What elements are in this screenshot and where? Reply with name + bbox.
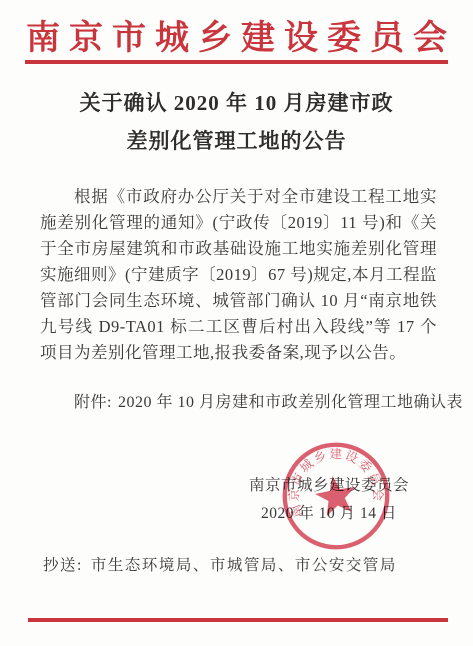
- cc-line: 抄送:市生态环境局、市城管局、市公安交管局: [43, 553, 397, 575]
- letterhead-divider: [25, 60, 448, 64]
- signer-organization: 南京市城乡建设委员会: [249, 472, 409, 500]
- document-title-line2: 差别化管理工地的公告: [0, 122, 473, 160]
- attachment-line: 附件:2020 年 10 月房建和市政差别化管理工地确认表: [40, 389, 437, 412]
- attachment-text: 2020 年 10 月房建和市政差别化管理工地确认表: [118, 394, 463, 411]
- document-title-line1: 关于确认 2020 年 10 月房建市政: [0, 84, 473, 122]
- body-paragraph: 根据《市政府办公厅关于对全市建设工程工地实施差别化管理的通知》(宁政传〔2019…: [40, 184, 437, 366]
- document-page: 南京市城乡建设委员会 关于确认 2020 年 10 月房建市政 差别化管理工地的…: [0, 0, 473, 646]
- footer-divider: [28, 618, 448, 622]
- attachment-label: 附件:: [74, 394, 112, 411]
- letterhead-title: 南京市城乡建设委员会: [0, 10, 473, 59]
- cc-text: 市生态环境局、市城管局、市公安交管局: [91, 557, 397, 574]
- cc-label: 抄送:: [43, 557, 83, 574]
- signature-block: 南京市城乡建设委员会 2020 年 10 月 14 日: [249, 472, 409, 528]
- document-title: 关于确认 2020 年 10 月房建市政 差别化管理工地的公告: [0, 84, 473, 160]
- signature-date: 2020 年 10 月 14 日: [249, 500, 409, 528]
